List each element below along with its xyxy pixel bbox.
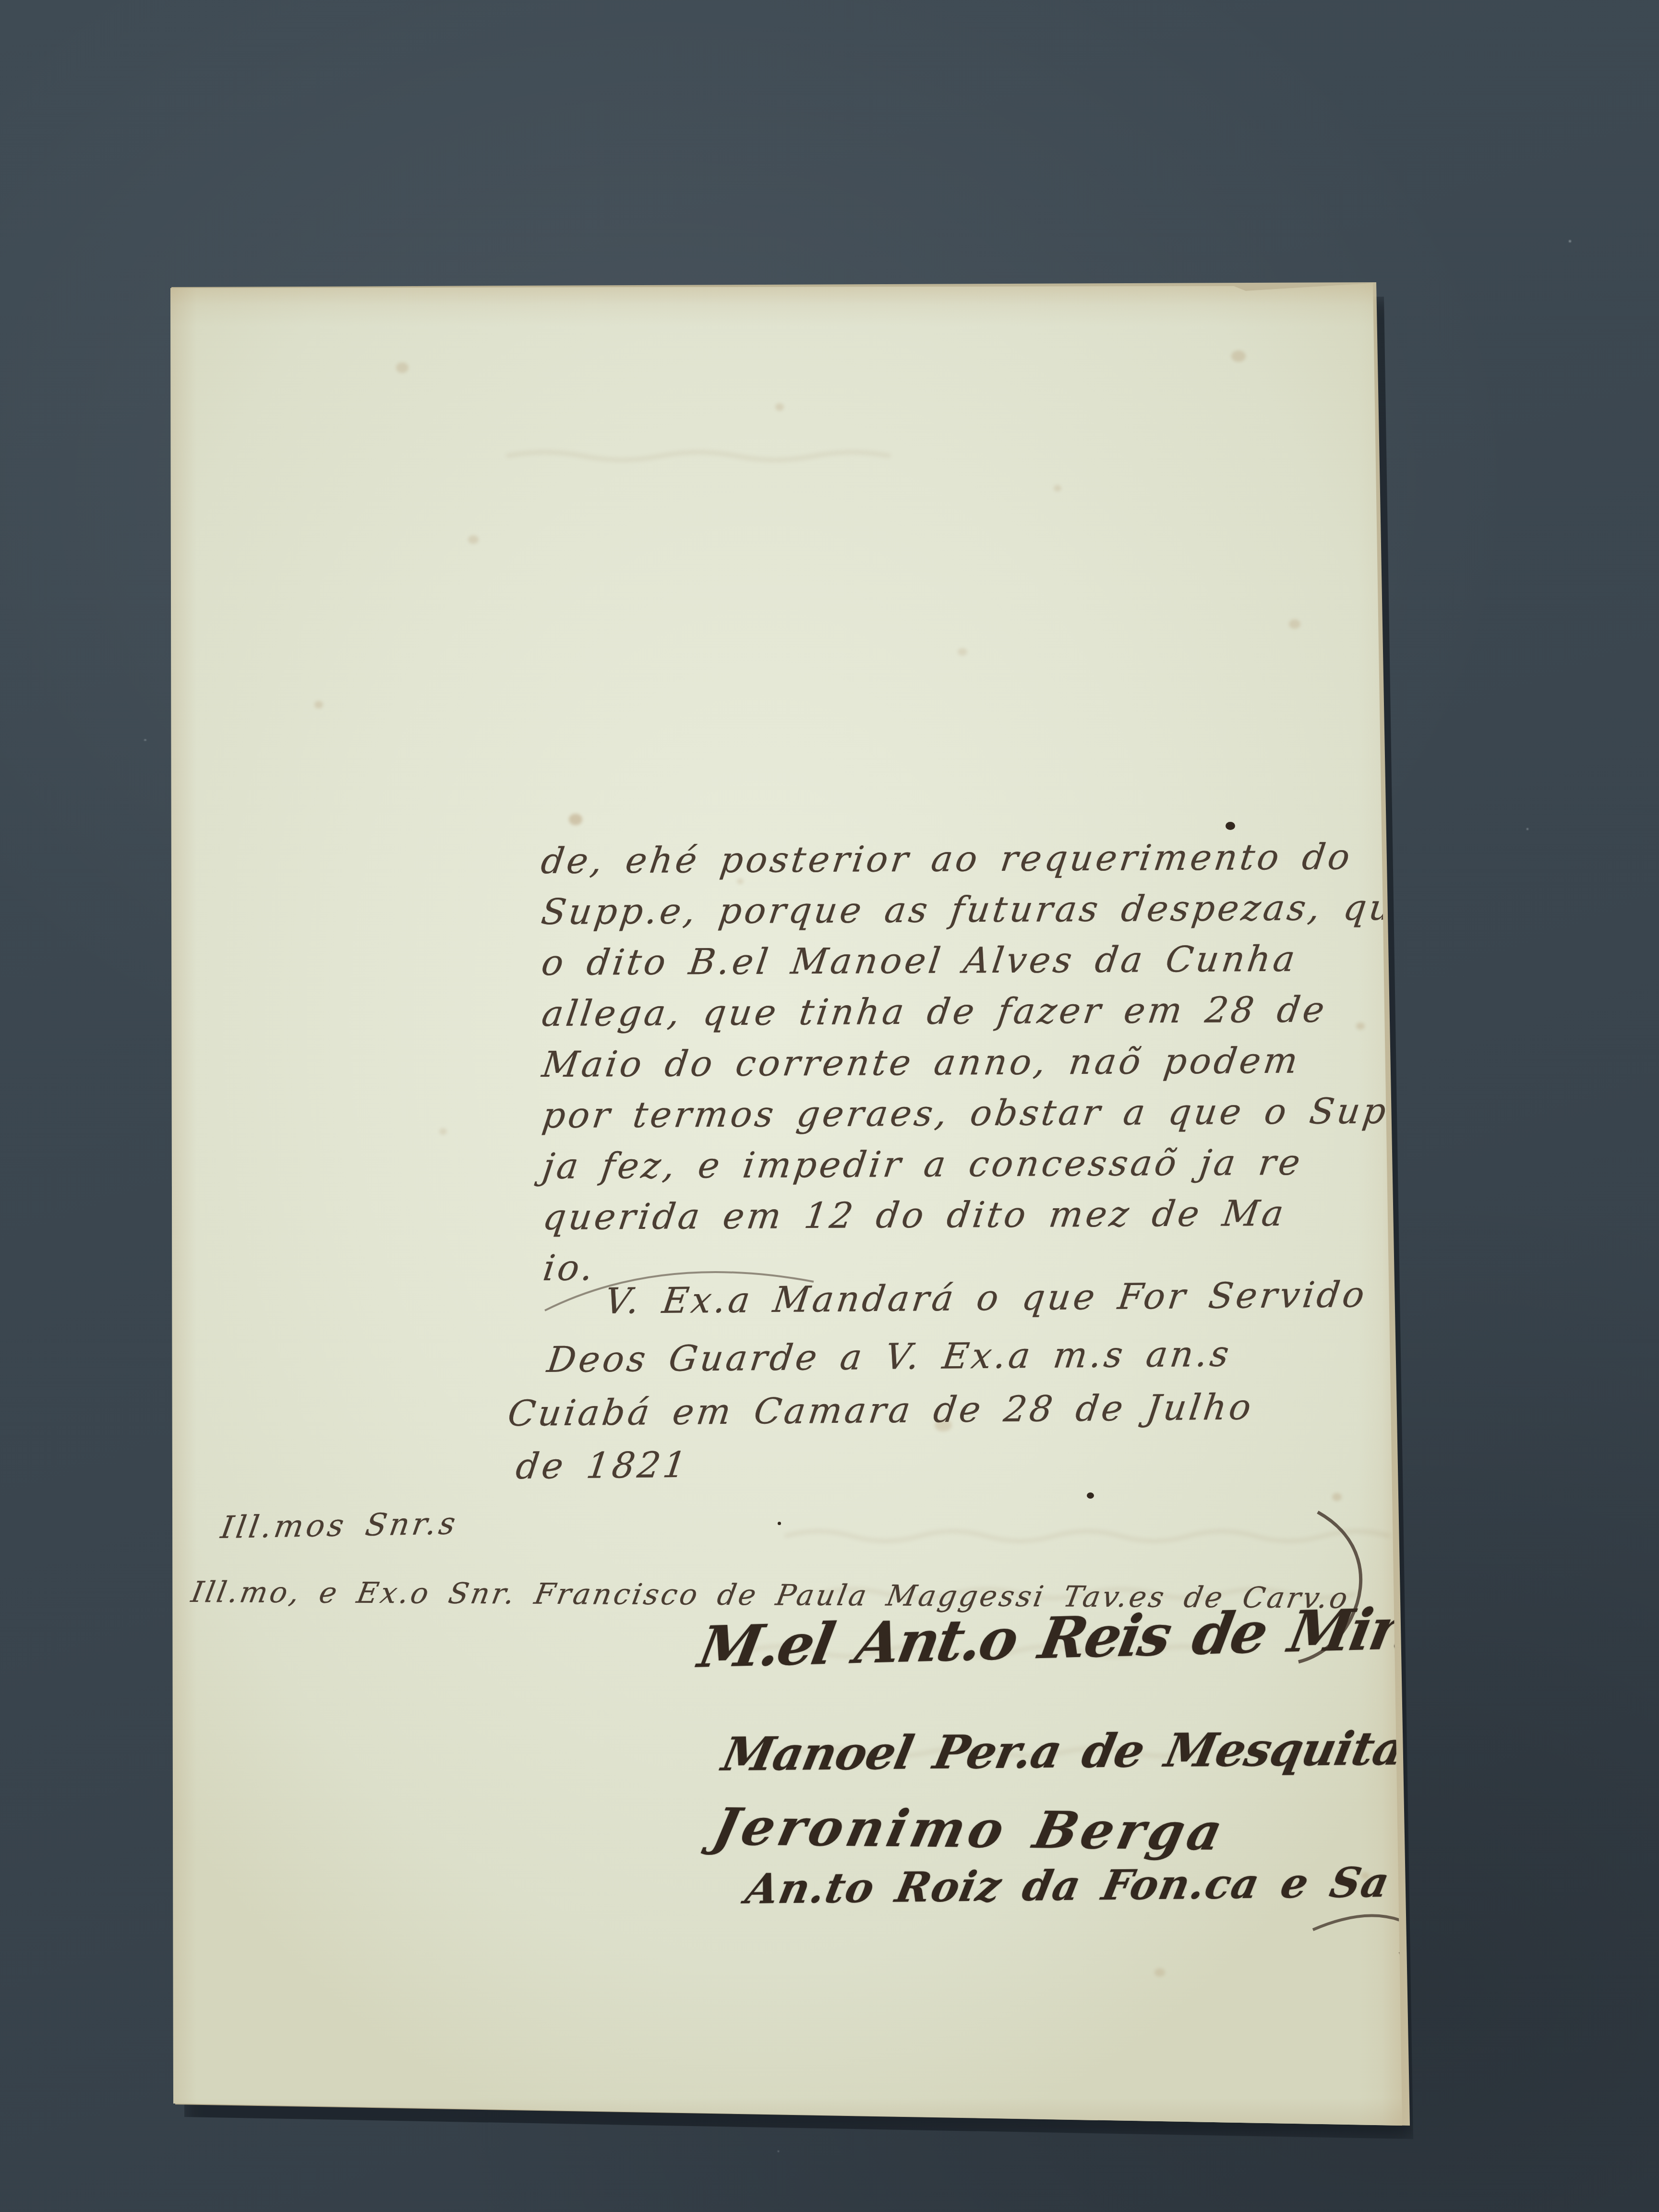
signature-2: Manoel Per.a de Mesquita — [718, 1721, 1408, 1781]
signature-3: Jeronimo Berga — [708, 1796, 1232, 1862]
dateline-year: de 1821 — [514, 1444, 691, 1487]
body-text-block: de, ehé posterior ao requerimento do Sup… — [541, 831, 1454, 1294]
signature-4: An.to Roiz da Fon.ca e Sa — [742, 1858, 1394, 1913]
dust-speck — [778, 2151, 779, 2152]
address-salutation: Ill.mos Snr.s — [218, 1506, 460, 1546]
photo-background: de, ehé posterior ao requerimento do Sup… — [0, 0, 1659, 2212]
body-line-7: ja fez, e impedir a concessaõ ja re — [540, 1136, 1456, 1192]
body-line-4: allega, que tinha de fazer em 28 de — [539, 984, 1455, 1039]
foxing-spot — [506, 2165, 514, 2171]
closing-line-mandara: V. Ex.a Mandará o que For Servido — [602, 1274, 1370, 1322]
body-line-3: o dito B.el Manoel Alves da Cunha — [539, 933, 1455, 988]
body-line-5: Maio do corrente anno, naõ podem — [539, 1034, 1455, 1090]
dateline-place: Cuiabá em Camara de 28 de Julho — [505, 1386, 1256, 1434]
body-line-6: por termos geraes, obstar a que o Supp.e — [539, 1085, 1455, 1141]
dust-speck — [1527, 828, 1528, 830]
closing-line-deos-guarde: Deos Guarde a V. Ex.a m.s an.s — [545, 1333, 1234, 1381]
dust-speck — [1569, 240, 1571, 242]
dust-speck — [144, 739, 146, 741]
manuscript-page: de, ehé posterior ao requerimento do Sup… — [170, 283, 1404, 2127]
body-line-8: querida em 12 do dito mez de Ma — [540, 1187, 1456, 1243]
body-line-2: Supp.e, porque as futuras despezas, que — [538, 882, 1455, 938]
body-line-1: de, ehé posterior ao requerimento do — [538, 831, 1455, 887]
